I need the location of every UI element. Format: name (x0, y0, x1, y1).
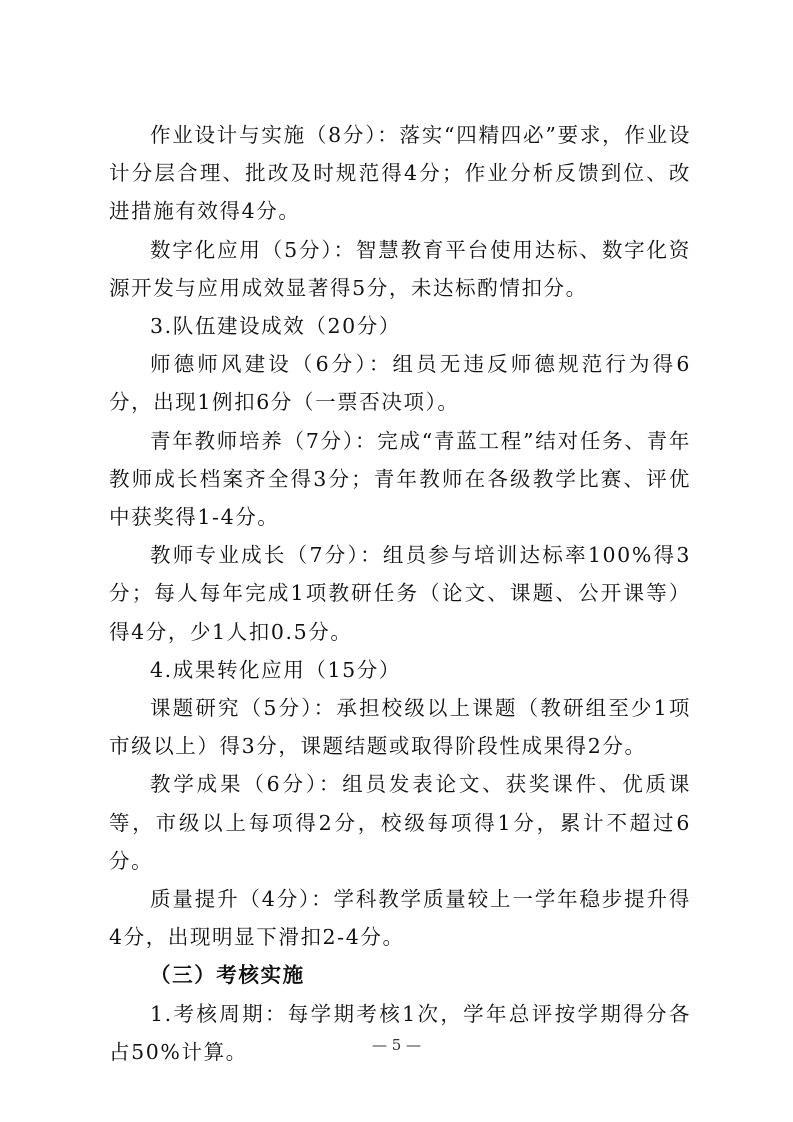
paragraph-research-projects: 课题研究（5分）：承担校级以上课题（教研组至少1项市级以上）得3分，课题结题或取… (109, 689, 691, 765)
page-number: — 5 — (0, 1036, 793, 1054)
document-body: 作业设计与实施（8分）：落实“四精四必”要求，作业设计分层合理、批改及时规范得4… (109, 116, 691, 1071)
heading-achievement-application: 4.成果转化应用（15分） (109, 651, 691, 689)
paragraph-assessment-cycle: 1.考核周期：每学期考核1次，学年总评按学期得分各占50%计算。 (109, 995, 691, 1071)
paragraph-teaching-achievements: 教学成果（6分）：组员发表论文、获奖课件、优质课等，市级以上每项得2分，校级每项… (109, 765, 691, 880)
paragraph-young-teacher-training: 青年教师培养（7分）：完成“青蓝工程”结对任务、青年教师成长档案齐全得3分；青年… (109, 422, 691, 537)
paragraph-professional-growth: 教师专业成长（7分）：组员参与培训达标率100%得3分；每人每年完成1项教研任务… (109, 536, 691, 651)
paragraph-teacher-ethics: 师德师风建设（6分）：组员无违反师德规范行为得6分，出现1例扣6分（一票否决项）… (109, 345, 691, 421)
paragraph-digital-application: 数字化应用（5分）：智慧教育平台使用达标、数字化资源开发与应用成效显著得5分，未… (109, 231, 691, 307)
paragraph-quality-improvement: 质量提升（4分）：学科教学质量较上一学年稳步提升得4分，出现明显下滑扣2-4分。 (109, 880, 691, 956)
paragraph-homework-design: 作业设计与实施（8分）：落实“四精四必”要求，作业设计分层合理、批改及时规范得4… (109, 116, 691, 231)
heading-team-building: 3.队伍建设成效（20分） (109, 307, 691, 345)
section-heading-assessment: （三）考核实施 (109, 956, 691, 994)
